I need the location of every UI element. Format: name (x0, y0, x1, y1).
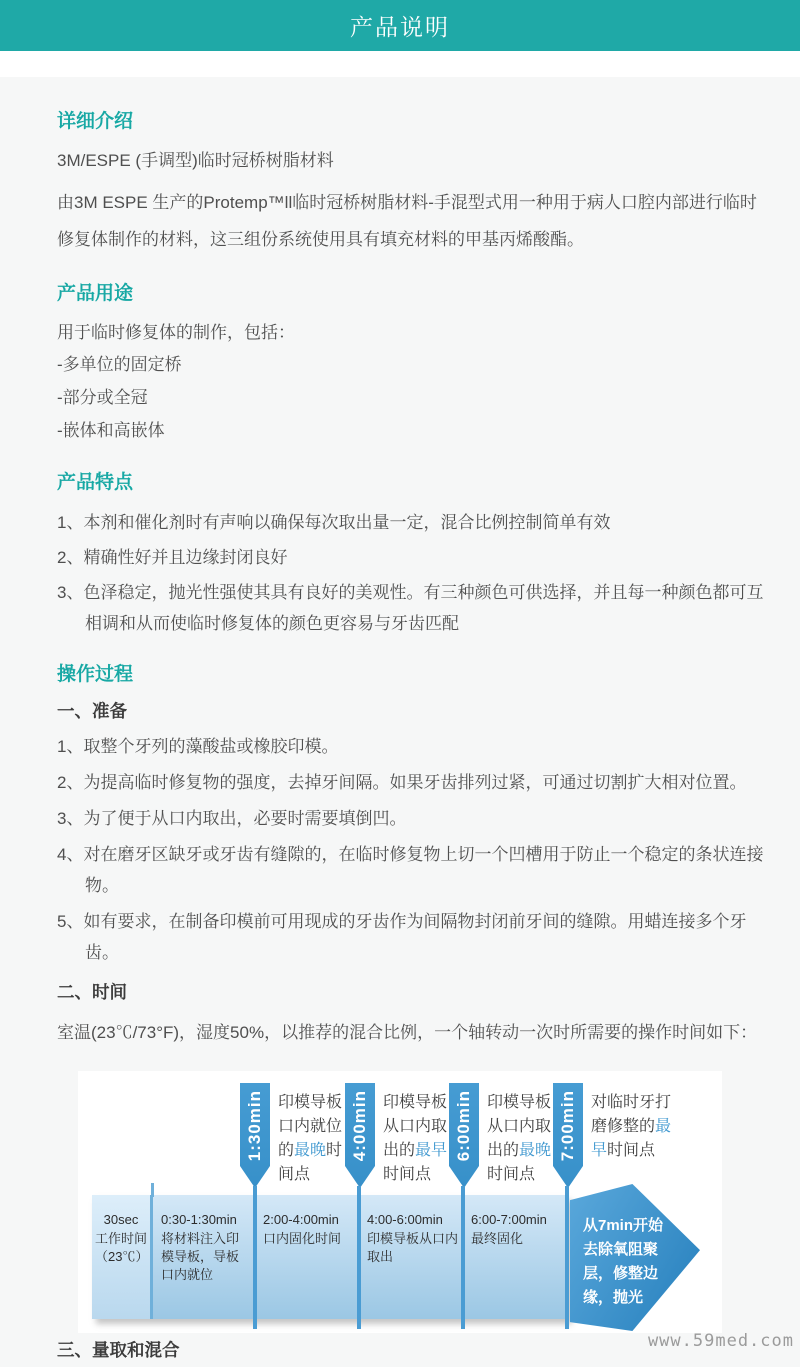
bar-segment: 0:30-1:30min 将材料注入印模导板，导板口内就位 (153, 1195, 255, 1319)
time-flag: 4:00min (345, 1083, 375, 1188)
page-header: 产品说明 (0, 0, 800, 51)
segment-desc: 工作时间（23℃） (95, 1230, 147, 1266)
flag-label-highlight: 最晚 (294, 1142, 326, 1159)
flag-time-label: 7:00min (558, 1090, 578, 1161)
process-step: 5、如有要求，在制备印模前可用现成的牙齿作为间隔物封闭前牙间的缝隙。用蜡连接多个… (57, 906, 770, 968)
usage-item: -多单位的固定桥 (57, 348, 770, 381)
flag-label: 印模导板从口内取出的最早时间点 (383, 1091, 451, 1187)
bar-segment: 6:00-7:00min 最终固化 (463, 1195, 568, 1319)
process-step: 2、为提高临时修复物的强度，去掉牙间隔。如果牙齿排列过紧，可通过切割扩大相对位置… (57, 767, 770, 798)
flag-time-label: 1:30min (245, 1090, 265, 1161)
product-description-page: 产品说明 详细介绍 3M/ESPE (手调型)临时冠桥树脂材料 由3M ESPE… (0, 0, 800, 1367)
timeline-diagram: 1:30min 印模导板口内就位的最晚时间点 4:00min 印模导板从口内取出… (78, 1071, 722, 1333)
segment-desc: 印模导板从口内取出 (367, 1230, 458, 1266)
section-usage: 产品用途 用于临时修复体的制作，包括： -多单位的固定桥 -部分或全冠 -嵌体和… (57, 282, 770, 447)
intro-line1: 3M/ESPE (手调型)临时冠桥树脂材料 (57, 146, 770, 176)
segment-time: 6:00-7:00min (471, 1211, 563, 1229)
arrow-segment: 从7min开始去除氧阻聚层，修整边缘，抛光 (570, 1184, 700, 1331)
segment-desc: 最终固化 (471, 1230, 563, 1248)
section-intro: 详细介绍 3M/ESPE (手调型)临时冠桥树脂材料 由3M ESPE 生产的P… (57, 110, 770, 258)
flag-label: 对临时牙打磨修整的最早时间点 (591, 1091, 679, 1163)
flag-label-highlight: 最早 (415, 1142, 447, 1159)
section-heading-intro: 详细介绍 (57, 110, 770, 133)
bar-segment: 30sec 工作时间（23℃） (92, 1195, 153, 1319)
bar-segment: 4:00-6:00min 印模导板从口内取出 (359, 1195, 463, 1319)
header-divider (0, 51, 800, 77)
time-note: 室温(23℃/73°F)，湿度50%，以推荐的混合比例，一个轴转动一次时所需要的… (57, 1016, 770, 1049)
timeline-bar: 30sec 工作时间（23℃） 0:30-1:30min 将材料注入印模导板，导… (92, 1195, 568, 1319)
feature-item: 3、色泽稳定，抛光性强使其具有良好的美观性。有三种颜色可供选择，并且每一种颜色都… (57, 577, 770, 639)
flag-label-text: 时间点 (383, 1166, 431, 1183)
process-step: 4、对在磨牙区缺牙或牙齿有缝隙的，在临时修复物上切一个凹槽用于防止一个稳定的条状… (57, 839, 770, 901)
process-step: 3、为了便于从口内取出，必要时需要填倒凹。 (57, 803, 770, 834)
flag-pole (461, 1186, 465, 1329)
segment-time: 30sec (95, 1211, 147, 1229)
feature-item: 2、精确性好并且边缘封闭良好 (57, 542, 770, 573)
arrow-segment-text: 从7min开始去除氧阻聚层，修整边缘，抛光 (583, 1214, 667, 1310)
usage-item: -嵌体和高嵌体 (57, 414, 770, 447)
timeline-start-tick (151, 1183, 154, 1197)
process-subheading-prepare: 一、准备 (57, 699, 770, 723)
feature-item: 1、本剂和催化剂时有声响以确保每次取出量一定，混合比例控制简单有效 (57, 507, 770, 538)
section-features: 产品特点 1、本剂和催化剂时有声响以确保每次取出量一定，混合比例控制简单有效 2… (57, 471, 770, 639)
usage-item: -部分或全冠 (57, 381, 770, 414)
flag-time-label: 6:00min (454, 1090, 474, 1161)
segment-desc: 口内固化时间 (263, 1230, 354, 1248)
flag-label: 印模导板口内就位的最晚时间点 (278, 1091, 346, 1187)
flag-pole (253, 1186, 257, 1329)
time-flag: 6:00min (449, 1083, 479, 1188)
content-area: 详细介绍 3M/ESPE (手调型)临时冠桥树脂材料 由3M ESPE 生产的P… (0, 77, 800, 1362)
flag-label: 印模导板从口内取出的最晚时间点 (487, 1091, 555, 1187)
segment-time: 4:00-6:00min (367, 1211, 458, 1229)
segment-time: 2:00-4:00min (263, 1211, 354, 1229)
flag-pole (357, 1186, 361, 1329)
section-process: 操作过程 一、准备 1、取整个牙列的藻酸盐或橡胶印模。 2、为提高临时修复物的强… (57, 663, 770, 1362)
section-heading-process: 操作过程 (57, 663, 770, 686)
section-heading-features: 产品特点 (57, 471, 770, 494)
process-subheading-time: 二、时间 (57, 980, 770, 1004)
flag-pole (565, 1186, 569, 1329)
time-flag: 7:00min (553, 1083, 583, 1188)
section-heading-usage: 产品用途 (57, 282, 770, 305)
watermark: www.59med.com (648, 1331, 794, 1351)
process-step: 1、取整个牙列的藻酸盐或橡胶印模。 (57, 731, 770, 762)
flag-time-label: 4:00min (350, 1090, 370, 1161)
page-title: 产品说明 (350, 9, 450, 42)
flag-label-highlight: 最晚 (519, 1142, 551, 1159)
flag-label-text: 时间点 (607, 1142, 655, 1159)
bar-segment: 2:00-4:00min 口内固化时间 (255, 1195, 359, 1319)
usage-lead: 用于临时修复体的制作，包括： (57, 318, 770, 348)
segment-desc: 将材料注入印模导板，导板口内就位 (161, 1230, 250, 1284)
segment-time: 0:30-1:30min (161, 1211, 250, 1229)
time-flag: 1:30min (240, 1083, 270, 1188)
flag-label-text: 时间点 (487, 1166, 535, 1183)
intro-line2: 由3M ESPE 生产的Protemp™ll临时冠桥树脂材料-手混型式用一种用于… (57, 184, 770, 258)
